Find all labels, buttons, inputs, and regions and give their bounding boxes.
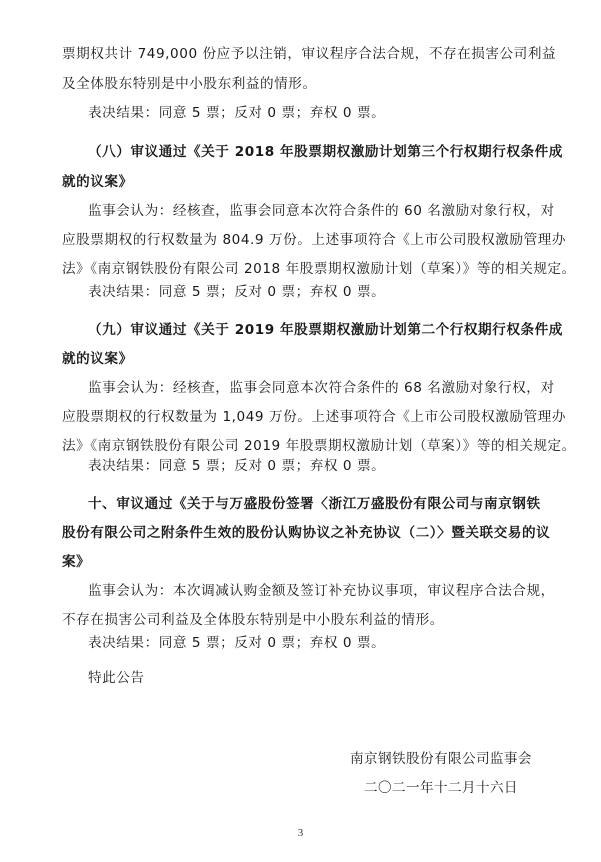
signature-organization: 南京钢铁股份有限公司监事会 — [350, 750, 532, 768]
paragraph-line: 法》《南京钢铁股份有限公司 2018 年股票期权激励计划（草案）》等的相关规定。 — [62, 260, 524, 278]
document-page: 票期权共计 749,000 份应予以注销，审议程序合法合规，不存在损害公司利益 … — [0, 0, 601, 862]
paragraph-line: 不存在损害公司利益及全体股东特别是中小股东利益的情形。 — [62, 611, 524, 629]
vote-result: 表决结果：同意 5 票；反对 0 票；弃权 0 票。 — [88, 104, 524, 122]
section-heading: 就的议案》 — [62, 173, 524, 191]
paragraph-line: 法》《南京钢铁股份有限公司 2019 年股票期权激励计划（草案）》等的相关规定。 — [62, 437, 524, 455]
vote-result: 表决结果：同意 5 票；反对 0 票；弃权 0 票。 — [88, 634, 524, 652]
vote-result: 表决结果：同意 5 票；反对 0 票；弃权 0 票。 — [88, 457, 524, 475]
section-heading: 股份有限公司之附条件生效的股份认购协议之补充协议（二）〉暨关联交易的议 — [62, 524, 524, 542]
paragraph-line: 票期权共计 749,000 份应予以注销，审议程序合法合规，不存在损害公司利益 — [62, 45, 524, 63]
paragraph-line: 监事会认为：经核查，监事会同意本次符合条件的 60 名激励对象行权，对 — [88, 202, 524, 220]
vote-result: 表决结果：同意 5 票；反对 0 票；弃权 0 票。 — [88, 283, 524, 301]
page-number: 3 — [0, 827, 601, 839]
paragraph-line: 应股票期权的行权数量为 1,049 万份。上述事项符合《上市公司股权激励管理办 — [62, 408, 524, 426]
closing-text: 特此公告 — [88, 669, 524, 687]
signature-date: 二〇二一年十二月十六日 — [364, 779, 518, 797]
section-heading: （八）审议通过《关于 2018 年股票期权激励计划第三个行权期行权条件成 — [88, 143, 524, 161]
section-heading: 十、审议通过《关于与万盛股份签署〈浙江万盛股份有限公司与南京钢铁 — [88, 495, 524, 513]
section-heading: 就的议案》 — [62, 350, 524, 368]
paragraph-line: 及全体股东特别是中小股东利益的情形。 — [62, 75, 524, 93]
paragraph-line: 监事会认为：本次调减认购金额及签订补充协议事项，审议程序合法合规， — [88, 582, 524, 600]
section-heading: 案》 — [62, 553, 524, 571]
section-heading: （九）审议通过《关于 2019 年股票期权激励计划第二个行权期行权条件成 — [88, 321, 524, 339]
paragraph-line: 应股票期权的行权数量为 804.9 万份。上述事项符合《上市公司股权激励管理办 — [62, 231, 524, 249]
paragraph-line: 监事会认为：经核查，监事会同意本次符合条件的 68 名激励对象行权，对 — [88, 379, 524, 397]
